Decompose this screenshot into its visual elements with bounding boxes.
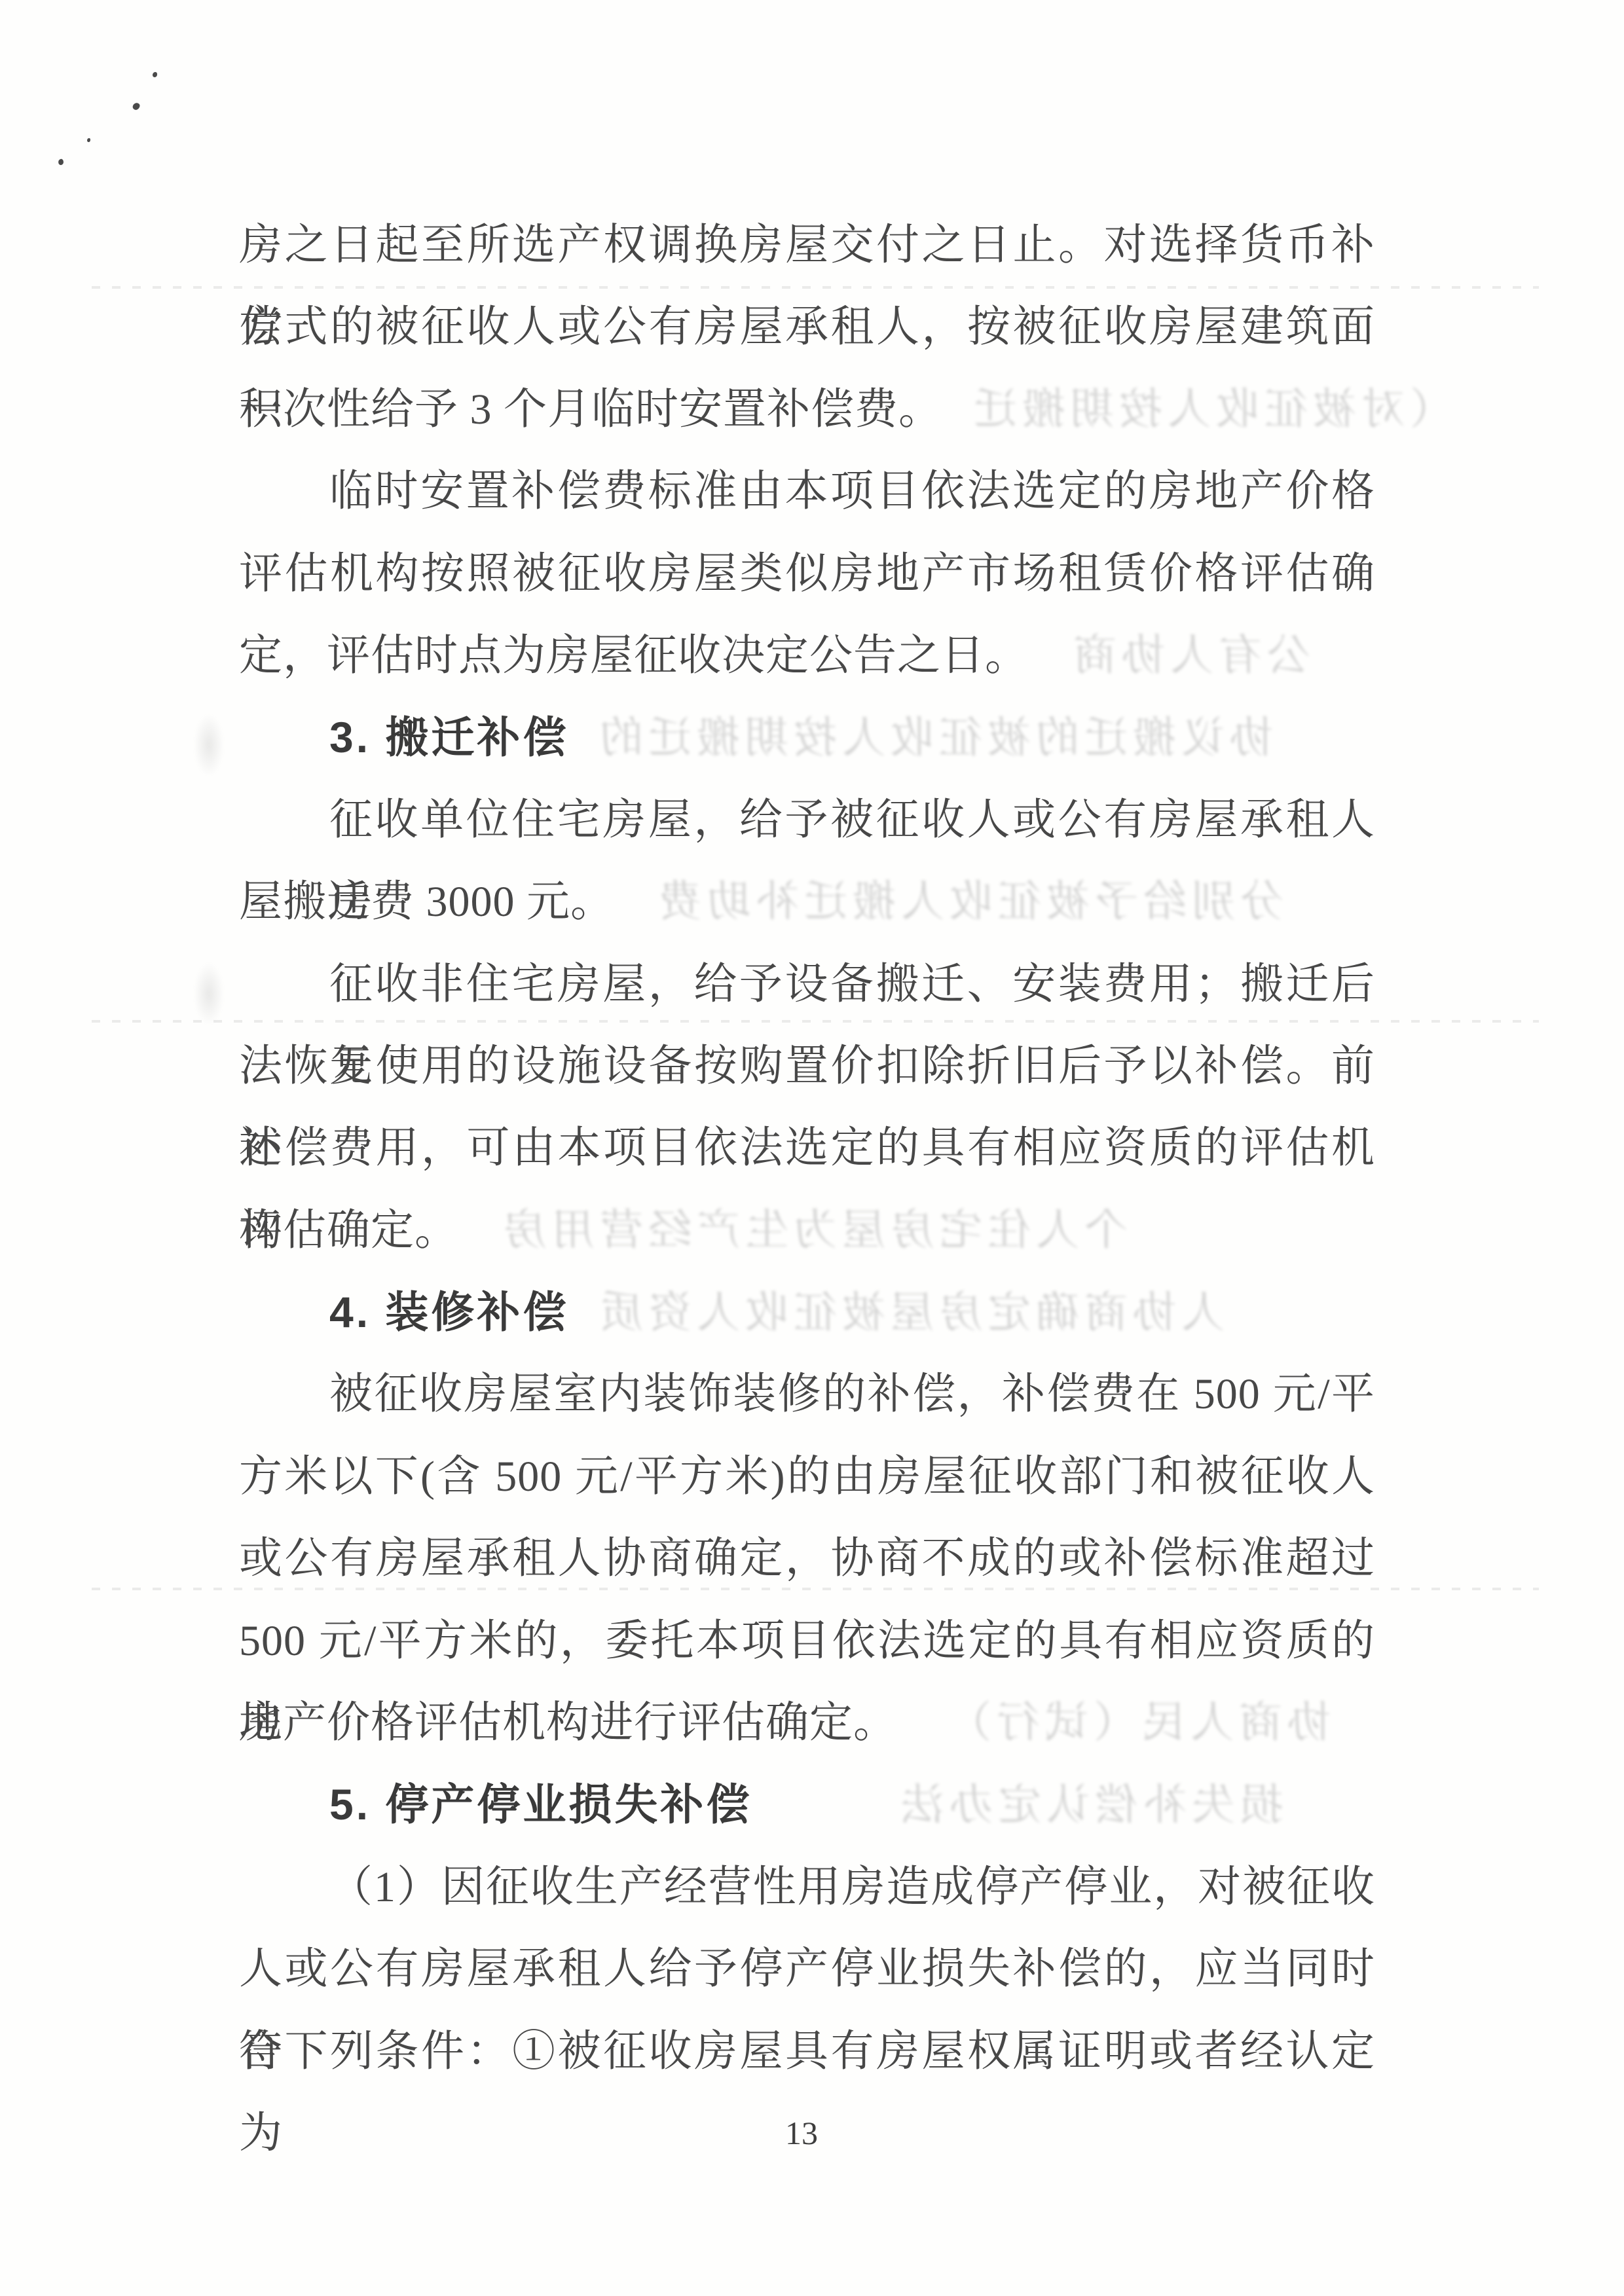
text-line: 一次性给予 3 个月临时安置补偿费。（对被征收人按期搬迁 xyxy=(239,369,1375,450)
text-line: 补偿费用，可由本项目依法选定的具有相应资质的评估机构 xyxy=(239,1107,1375,1189)
bleed-through-text: 个人住宅房屋为生产经营用房 xyxy=(498,1190,1128,1271)
text-line: 地产价格评估机构进行评估确定。协商人民（试行） xyxy=(239,1682,1375,1764)
bleed-through-text: 协议搬迁的被征收人按期搬迁的 xyxy=(595,697,1273,779)
text-line: （1）因征收生产经营性用房造成停产停业，对被征收 xyxy=(239,1846,1375,1928)
bleed-through-text: 协商人民（试行） xyxy=(943,1682,1331,1764)
ink-speck xyxy=(153,72,157,77)
text-line: 合下列条件：①被征收房屋具有房屋权属证明或者经认定为 xyxy=(239,2011,1375,2092)
text-line: 屋搬迁费 3000 元。分别给予被征收人搬迁补助费 xyxy=(239,861,1375,943)
text-line: 临时安置补偿费标准由本项目依法选定的房地产价格 xyxy=(239,450,1375,532)
heading-text: 5. 停产停业损失补偿 xyxy=(329,1780,752,1829)
line-text: 一次性给予 3 个月临时安置补偿费。 xyxy=(239,386,942,433)
text-line: 或公有房屋承租人协商确定，协商不成的或补偿标准超过 xyxy=(239,1518,1375,1599)
text-line: 500 元/平方米的，委托本项目依法选定的具有相应资质的房 xyxy=(239,1600,1375,1682)
bleed-through-text: （对被征收人按期搬迁 xyxy=(969,369,1453,450)
text-line: 方米以下(含 500 元/平方米)的由房屋征收部门和被征收人 xyxy=(239,1436,1375,1518)
text-line: 定，评估时点为房屋征收决定公告之日。公有人协商 xyxy=(239,615,1375,697)
section-heading-business-loss: 5. 停产停业损失补偿损失补偿认定办法 xyxy=(239,1764,1375,1846)
heading-text: 3. 搬迁补偿 xyxy=(329,713,568,761)
line-text: 评估确定。 xyxy=(239,1207,458,1254)
line-text: 方米以下(含 500 元/平方米)的由房屋征收部门和被征收人 xyxy=(239,1453,1375,1501)
bleed-through-text: 人协商确定房屋被征收人资质 xyxy=(595,1272,1225,1354)
line-text: 评估机构按照被征收房屋类似房地产市场租赁价格评估确 xyxy=(239,550,1375,598)
bleed-through-text: 公有人协商 xyxy=(1068,615,1310,697)
bleed-through-text: 分别给予被征收人搬迁补助费 xyxy=(654,861,1283,943)
text-line: 评估确定。个人住宅房屋为生产经营用房 xyxy=(239,1190,1375,1271)
text-line: 方式的被征收人或公有房屋承租人，按被征收房屋建筑面积 xyxy=(239,286,1375,368)
line-text: 定，评估时点为房屋征收决定公告之日。 xyxy=(239,632,1029,680)
text-line: 人或公有房屋承租人给予停产停业损失补偿的，应当同时符 xyxy=(239,1928,1375,2010)
scanned-document-page: 房之日起至所选产权调换房屋交付之日止。对选择货币补偿 方式的被征收人或公有房屋承… xyxy=(0,0,1624,2296)
document-body: 房之日起至所选产权调换房屋交付之日止。对选择货币补偿 方式的被征收人或公有房屋承… xyxy=(239,204,1375,2092)
text-line: 法恢复使用的设施设备按购置价扣除折旧后予以补偿。前述 xyxy=(239,1025,1375,1107)
ink-speck xyxy=(87,138,90,142)
page-number: 13 xyxy=(0,2113,1614,2153)
heading-text: 4. 装修补偿 xyxy=(329,1288,568,1336)
ink-speck xyxy=(132,101,141,111)
text-line: 征收单位住宅房屋，给予被征收人或公有房屋承租人房 xyxy=(239,779,1375,861)
bleed-smudge xyxy=(194,714,224,776)
ink-speck xyxy=(58,158,64,166)
text-line: 房之日起至所选产权调换房屋交付之日止。对选择货币补偿 xyxy=(239,204,1375,286)
section-heading-relocation: 3. 搬迁补偿协议搬迁的被征收人按期搬迁的 xyxy=(239,697,1375,778)
line-text: 地产价格评估机构进行评估确定。 xyxy=(239,1699,897,1747)
bleed-through-text: 损失补偿认定办法 xyxy=(896,1764,1283,1846)
line-text: 或公有房屋承租人协商确定，协商不成的或补偿标准超过 xyxy=(239,1535,1375,1582)
line-text: （1）因征收生产经营性用房造成停产停业，对被征收 xyxy=(329,1863,1375,1911)
text-line: 征收非住宅房屋，给予设备搬迁、安装费用；搬迁后无 xyxy=(239,943,1375,1025)
bleed-smudge xyxy=(194,962,224,1025)
section-heading-renovation: 4. 装修补偿人协商确定房屋被征收人资质 xyxy=(239,1271,1375,1353)
line-text: 屋搬迁费 3000 元。 xyxy=(239,878,614,926)
line-text: 临时安置补偿费标准由本项目依法选定的房地产价格 xyxy=(329,467,1375,515)
line-text: 被征收房屋室内装饰装修的补偿，补偿费在 500 元/平 xyxy=(329,1370,1375,1418)
text-line: 评估机构按照被征收房屋类似房地产市场租赁价格评估确 xyxy=(239,533,1375,615)
text-line: 被征收房屋室内装饰装修的补偿，补偿费在 500 元/平 xyxy=(239,1353,1375,1435)
